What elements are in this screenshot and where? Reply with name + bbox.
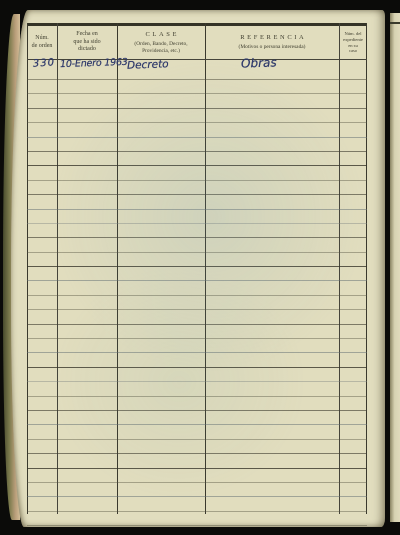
ledger-row bbox=[27, 382, 367, 396]
header-clase: CLASE (Orden, Bando, Decreto, Providenci… bbox=[117, 26, 205, 59]
header-label: Núm. bbox=[35, 35, 49, 43]
ledger-row bbox=[27, 440, 367, 454]
header-title: CLASE bbox=[143, 31, 179, 39]
ledger-row bbox=[27, 195, 367, 209]
ledger-row bbox=[27, 512, 367, 526]
adjacent-page-rule-mark bbox=[390, 22, 400, 24]
register-table: Núm. de orden Fecha en que ha sido dicta… bbox=[27, 23, 367, 508]
scanned-ledger-page: Núm. de orden Fecha en que ha sido dicta… bbox=[0, 0, 400, 535]
ledger-row bbox=[27, 325, 367, 339]
header-label: Fecha en bbox=[76, 31, 98, 39]
ledger-row bbox=[27, 397, 367, 411]
ledger-row bbox=[27, 80, 367, 94]
header-fecha: Fecha en que ha sido dictado bbox=[57, 26, 117, 59]
ledger-row bbox=[27, 94, 367, 108]
ledger-row bbox=[27, 526, 367, 535]
ledger-row bbox=[27, 181, 367, 195]
header-label: dictado bbox=[78, 46, 96, 54]
header-label: de orden bbox=[32, 43, 53, 51]
entry-fecha: 10-Enero 1963 bbox=[60, 57, 128, 70]
entry-clase: Decreto bbox=[127, 58, 169, 71]
ledger-row bbox=[27, 425, 367, 439]
header-num-orden: Núm. de orden bbox=[27, 26, 57, 59]
ledger-row bbox=[27, 166, 367, 180]
ledger-row bbox=[27, 296, 367, 310]
ledger-row bbox=[27, 411, 367, 425]
ledger-row bbox=[27, 152, 367, 166]
entry-referencia: Obras bbox=[241, 55, 277, 70]
ledger-row bbox=[27, 497, 367, 511]
ledger-row bbox=[27, 469, 367, 483]
ledger-row bbox=[27, 368, 367, 382]
header-label: caso bbox=[349, 48, 357, 54]
ledger-row bbox=[27, 238, 367, 252]
adjacent-page-edge bbox=[390, 13, 400, 522]
ledger-row bbox=[27, 310, 367, 324]
ledger-row bbox=[27, 210, 367, 224]
ledger-row bbox=[27, 267, 367, 281]
ledger-row bbox=[27, 454, 367, 468]
header-label: que ha sido bbox=[73, 39, 100, 47]
header-subtitle: (Orden, Bando, Decreto, bbox=[134, 41, 187, 48]
ledger-row bbox=[27, 483, 367, 497]
header-subtitle: Providencia, etc.) bbox=[142, 48, 180, 55]
ledger-row bbox=[27, 138, 367, 152]
ledger-row bbox=[27, 281, 367, 295]
ledger-row bbox=[27, 224, 367, 238]
header-title: REFERENCIA bbox=[238, 34, 307, 42]
entry-num-orden: 330 bbox=[31, 57, 58, 70]
header-expediente: Núm. del expediente en su caso bbox=[339, 26, 367, 59]
ledger-row bbox=[27, 253, 367, 267]
ruled-rows bbox=[27, 59, 367, 535]
header-subtitle: (Motivos o persona interesada) bbox=[239, 44, 306, 51]
ledger-row bbox=[27, 123, 367, 137]
ledger-row bbox=[27, 353, 367, 367]
ledger-row bbox=[27, 339, 367, 353]
header-referencia: REFERENCIA (Motivos o persona interesada… bbox=[205, 26, 339, 59]
table-header-row: Núm. de orden Fecha en que ha sido dicta… bbox=[27, 26, 367, 60]
ledger-row bbox=[27, 109, 367, 123]
